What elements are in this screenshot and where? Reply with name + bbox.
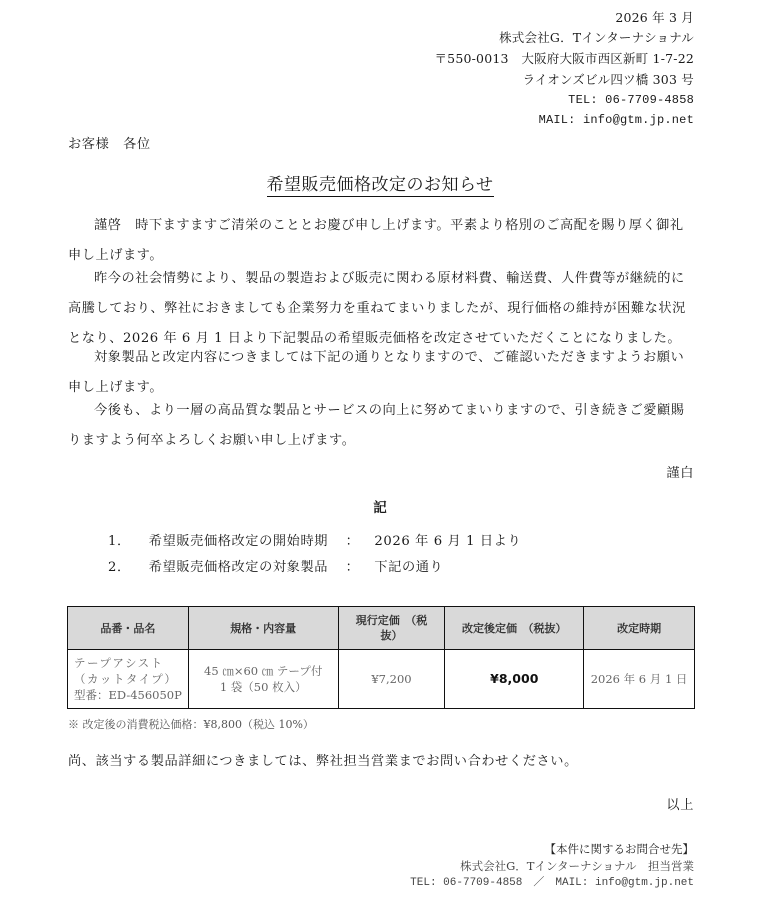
paragraph-reason: 昨今の社会情勢により、製品の製造および販売に関わる原材料費、輸送費、人件費等が継… (68, 264, 696, 354)
col-header-product: 品番・品名 (68, 607, 189, 650)
sender-company: 株式会社G．Tインターナショナル (499, 28, 694, 49)
paragraph-line: 今後も、より一層の高品質な製品とサービスの向上に努めてまいりますので、引き続きご… (94, 403, 684, 418)
paragraph-request: 対象製品と改定内容につきましては下記の通りとなりますので、ご確認いただきますよう… (68, 343, 696, 403)
sender-address-line1: 〒550-0013 大阪府大阪市西区新町 1-7-22 (434, 49, 694, 70)
sender-address-line2: ライオンズビル四ツ橋 303 号 (523, 70, 694, 91)
footer-company: 株式会社G．Tインターナショナル 担当営業 (460, 857, 694, 875)
inquiry-text: 尚、該当する製品詳細につきましては、弊社担当営業までお問い合わせください。 (68, 750, 578, 769)
paragraph-line: 申し上げます。 (68, 380, 163, 395)
cell-product: テープアシスト （カットタイプ） 型番：ED-456050P (68, 650, 189, 709)
item-1: 1． 希望販売価格改定の開始時期 ： 2026 年 6 月 1 日より (108, 530, 521, 549)
sender-tel: TEL: 06-7709-4858 (568, 90, 694, 111)
recipient: お客様 各位 (68, 133, 151, 152)
cell-spec: 45 ㎝×60 ㎝ テープ付 1 袋（50 枚入） (188, 650, 338, 709)
item-label: 希望販売価格改定の対象製品 (149, 556, 341, 575)
table-header-row: 品番・品名 規格・内容量 現行定価 （税抜） 改定後定価 （税抜） 改定時期 (68, 607, 695, 650)
sender-mail: MAIL: info@gtm.jp.net (539, 110, 694, 131)
item-number: 1． (108, 530, 144, 549)
letter-date: 2026 年 3 月 (615, 8, 694, 29)
col-header-new-price: 改定後定価 （税抜） (445, 607, 584, 650)
item-number: 2． (108, 556, 144, 575)
product-model: 型番：ED-456050P (74, 687, 188, 703)
price-table: 品番・品名 規格・内容量 現行定価 （税抜） 改定後定価 （税抜） 改定時期 テ… (67, 606, 695, 709)
cell-current-price: ¥7,200 (338, 650, 445, 709)
tax-note: ※ 改定後の消費税込価格：¥8,800（税込 10%） (68, 716, 314, 732)
spec-quantity: 1 袋（50 枚入） (189, 679, 338, 695)
item-value: 2026 年 6 月 1 日より (374, 534, 521, 549)
col-header-spec: 規格・内容量 (188, 607, 338, 650)
footer-contact: TEL: 06-7709-4858 ／ MAIL: info@gtm.jp.ne… (410, 874, 694, 892)
item-separator: ： (346, 530, 370, 549)
ki-heading: 記 (0, 496, 760, 516)
spec-size: 45 ㎝×60 ㎝ テープ付 (189, 663, 338, 679)
product-type: （カットタイプ） (74, 671, 188, 687)
col-header-current-price: 現行定価 （税抜） (338, 607, 445, 650)
paragraph-greeting: 謹啓 時下ますますご清栄のこととお慶び申し上げます。平素より格別のご高配を賜り厚… (68, 211, 696, 271)
paragraph-closing: 今後も、より一層の高品質な製品とサービスの向上に努めてまいりますので、引き続きご… (68, 396, 696, 456)
item-value: 下記の通り (374, 560, 443, 575)
paragraph-line: 昨今の社会情勢により、製品の製造および販売に関わる原材料費、輸送費、人件費等が継… (94, 271, 685, 286)
paragraph-line: 申し上げます。 (68, 248, 163, 263)
paragraph-line: 対象製品と改定内容につきましては下記の通りとなりますので、ご確認いただきますよう… (94, 350, 684, 365)
col-header-date: 改定時期 (584, 607, 695, 650)
product-name: テープアシスト (74, 655, 188, 671)
page-title: 希望販売価格改定のお知らせ (0, 170, 760, 195)
item-separator: ： (346, 556, 370, 575)
cell-new-price: ¥8,000 (445, 650, 584, 709)
item-2: 2． 希望販売価格改定の対象製品 ： 下記の通り (108, 556, 443, 575)
item-label: 希望販売価格改定の開始時期 (149, 530, 341, 549)
closing-ijou: 以上 (666, 794, 694, 813)
footer-heading: 【本件に関するお問合せ先】 (545, 840, 695, 858)
table-row: テープアシスト （カットタイプ） 型番：ED-456050P 45 ㎝×60 ㎝… (68, 650, 695, 709)
paragraph-line: 高騰しており、弊社におきましても企業努力を重ねてまいりましたが、現行価格の維持が… (68, 301, 686, 316)
cell-date: 2026 年 6 月 1 日 (584, 650, 695, 709)
title-text: 希望販売価格改定のお知らせ (267, 175, 494, 197)
paragraph-line: りますよう何卒よろしくお願い申し上げます。 (68, 433, 355, 448)
paragraph-line: 謹啓 時下ますますご清栄のこととお慶び申し上げます。平素より格別のご高配を賜り厚… (94, 218, 684, 233)
closing-keihaku: 謹白 (666, 462, 694, 481)
